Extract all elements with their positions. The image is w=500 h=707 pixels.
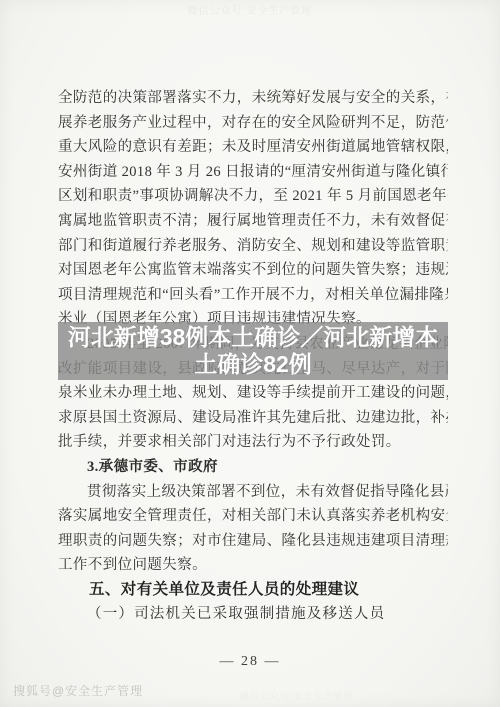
watermark-bottom-center: 微信公众号:安全生产管理 xyxy=(240,689,354,702)
text-line: 对国恩老年公寓监管末端落实不到位的问题失管失察；违规违建 xyxy=(58,258,448,283)
scanned-document-page: 微信公众号:安全生产管理 全防范的决策部署落实不力，未统筹好发展与安全的关系，在… xyxy=(0,0,500,707)
watermark-bottom-left: 搜狐号@安全生产管理 xyxy=(13,682,143,699)
text-line: 批手续，并要求相关部门对违法行为不予行政处罚。 xyxy=(58,430,448,455)
text-line: 求原县国土资源局、建设局准许其先建后批、边建边批，补办审 xyxy=(58,406,448,431)
headline-text-line2: 土确诊82例 xyxy=(194,351,312,378)
text-line: （一）司法机关已采取强制措施及移送人员 xyxy=(58,602,448,627)
text-line: 3.承德市委、市政府 xyxy=(58,455,448,480)
text-line: 五、对有关单位及责任人员的处理建议 xyxy=(58,578,448,603)
text-line: 工作不到位问题失察。 xyxy=(58,553,448,578)
headline-overlay: 河北新增38例本土确诊／河北新增本 土确诊82例 xyxy=(58,322,448,380)
text-line: 寓属地监管职责不清；履行属地管理责任不力，未有效督促有关 xyxy=(58,209,448,234)
headline-text-line1: 河北新增38例本土确诊／河北新增本 xyxy=(68,324,439,351)
text-line: 重大风险的意识有差距；未及时厘清安州街道属地管辖权限，对 xyxy=(58,135,448,160)
text-line: 部门和街道履行养老服务、消防安全、规划和建设等监管职责， xyxy=(58,234,448,259)
text-line: 泉米业未办理土地、规划、建设等手续提前开工建设的问题，要 xyxy=(58,381,448,406)
text-line: 项目清理规范和“回头看”工作开展不力，对相关单位漏排隆泉 xyxy=(58,283,448,308)
text-line: 理职责的问题失察；对市住建局、隆化县违规违建项目清理规范 xyxy=(58,529,448,554)
text-line: 区划和职责”事项协调解决不力，至 2021 年 5 月前国恩老年公 xyxy=(58,184,448,209)
text-line: 贯彻落实上级决策部署不到位，未有效督促指导隆化县严格 xyxy=(58,480,448,505)
watermark-top: 微信公众号:安全生产管理 xyxy=(0,2,500,17)
text-line: 落实属地安全管理责任，对相关部门未认真落实养老机构安全管 xyxy=(58,504,448,529)
page-number: — 28 — xyxy=(0,654,500,670)
text-line: 安州街道 2018 年 3 月 26 日报请的“厘清安州街道与隆化镇行政 xyxy=(58,160,448,185)
text-line: 全防范的决策部署落实不力，未统筹好发展与安全的关系，在发 xyxy=(58,86,448,111)
text-line: 展养老服务产业过程中，对存在的安全风险研判不足，防范化解 xyxy=(58,111,448,136)
